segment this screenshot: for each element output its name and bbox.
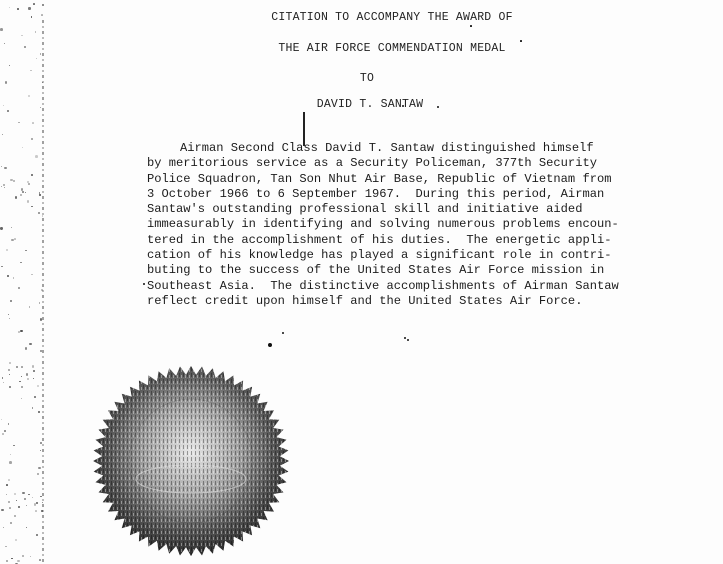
- scan-speck: [9, 374, 10, 375]
- scan-speck: [14, 238, 16, 240]
- scan-speck: [28, 183, 30, 185]
- scan-speck: [26, 373, 28, 375]
- scan-speck: [26, 505, 27, 506]
- scan-speck: [36, 58, 38, 60]
- scan-speck: [17, 8, 19, 10]
- scan-speck: [7, 110, 9, 112]
- scan-speck: [8, 369, 9, 370]
- scan-speck: [6, 249, 8, 251]
- scan-speck: [9, 362, 11, 364]
- scan-speck: [21, 366, 23, 368]
- scan-speck: [40, 350, 42, 352]
- scan-speck: [1, 509, 3, 511]
- scan-speck: [42, 4, 44, 6]
- scan-speck: [36, 502, 38, 504]
- scan-speck: [9, 65, 10, 66]
- scan-speck: [31, 274, 32, 275]
- scan-speck: [22, 492, 25, 495]
- scan-speck: [35, 31, 37, 33]
- citation-body: Airman Second Class David T. Santaw dist…: [147, 141, 627, 309]
- scan-speck: [3, 382, 4, 383]
- body-line: cation of his knowledge has played a sig…: [147, 248, 627, 263]
- scan-speck: [2, 134, 3, 135]
- body-line: Southeast Asia. The distinctive accompli…: [147, 279, 627, 294]
- scan-speck: [31, 138, 33, 140]
- scan-speck: [15, 539, 17, 541]
- scan-speck: [1, 419, 2, 420]
- scan-speck: [33, 3, 35, 5]
- scan-speck: [32, 122, 34, 124]
- scan-speck: [1, 186, 3, 188]
- scan-speck: [31, 206, 33, 208]
- scan-speck: [25, 250, 27, 252]
- scan-speck: [32, 365, 34, 367]
- scan-speck: [5, 546, 6, 547]
- scan-speck: [36, 534, 38, 536]
- scan-speck: [34, 396, 36, 398]
- scan-speck: [27, 378, 29, 380]
- scan-speck: [18, 122, 20, 124]
- embossed-starburst-seal-icon: [86, 361, 296, 561]
- scan-speck: [21, 35, 22, 36]
- scan-speck: [24, 498, 26, 500]
- scan-speck: [31, 174, 33, 176]
- scan-speck: [4, 430, 6, 432]
- scan-speck: [39, 194, 40, 195]
- scan-speck: [9, 507, 11, 509]
- body-line: reflect credit upon himself and the Unit…: [147, 294, 627, 309]
- scan-speck: [10, 300, 12, 302]
- scan-speck: [39, 559, 41, 561]
- scan-speck: [15, 196, 18, 199]
- scan-speck: [24, 46, 26, 48]
- scan-speck: [14, 515, 16, 517]
- scan-speck: [407, 339, 409, 341]
- scan-margin-artifact: [42, 20, 44, 564]
- body-line: Police Squadron, Tan Son Nhut Air Base, …: [147, 172, 627, 187]
- scan-speck: [41, 289, 43, 291]
- scan-speck: [268, 343, 272, 347]
- scanned-document-page: CITATION TO ACCOMPANY THE AWARD OF THE A…: [0, 0, 723, 564]
- scan-speck: [0, 28, 3, 31]
- scan-speck: [37, 473, 39, 475]
- scan-speck: [37, 385, 39, 387]
- scan-speck: [11, 227, 12, 228]
- scan-speck: [404, 337, 406, 339]
- scan-speck: [29, 343, 31, 345]
- scan-speck: [25, 192, 27, 194]
- scan-speck: [40, 318, 42, 320]
- scan-speck: [22, 555, 24, 557]
- scan-speck: [32, 497, 33, 498]
- scan-speck: [520, 40, 522, 42]
- scan-speck: [10, 454, 11, 455]
- scan-speck: [38, 411, 40, 413]
- body-line: Santaw's outstanding professional skill …: [147, 202, 627, 217]
- citation-to-label: TO: [360, 72, 374, 85]
- citation-title-line-2: THE AIR FORCE COMMENDATION MEDAL: [278, 42, 505, 55]
- scan-speck: [28, 494, 30, 496]
- scan-speck: [26, 527, 28, 529]
- scan-speck: [41, 14, 43, 16]
- scan-speck: [437, 106, 439, 108]
- body-line: buting to the success of the United Stat…: [147, 263, 627, 278]
- scan-speck: [9, 386, 11, 388]
- scan-speck: [2, 377, 4, 379]
- scan-speck: [8, 314, 9, 315]
- scan-speck: [4, 167, 6, 169]
- scan-speck: [40, 442, 42, 444]
- scan-speck: [9, 7, 10, 8]
- scan-speck: [35, 155, 38, 158]
- scan-speck: [8, 423, 10, 425]
- recipient-name: DAVID T. SANTAW: [317, 98, 424, 111]
- scan-speck: [2, 433, 4, 435]
- scan-speck: [143, 283, 145, 285]
- scan-speck: [1, 266, 3, 268]
- scan-speck: [32, 407, 33, 408]
- scan-speck: [6, 494, 7, 495]
- scan-speck: [9, 318, 10, 319]
- scan-speck: [18, 287, 20, 289]
- scan-speck: [18, 506, 20, 508]
- scan-speck: [3, 105, 4, 106]
- body-line: 3 October 1966 to 6 September 1967. Duri…: [147, 187, 627, 202]
- body-line: tered in the accomplishment of his dutie…: [147, 233, 627, 248]
- body-line: Airman Second Class David T. Santaw dist…: [147, 141, 627, 156]
- scan-speck: [16, 366, 18, 368]
- scan-speck: [35, 510, 37, 512]
- scan-speck: [14, 493, 16, 495]
- scan-speck: [25, 347, 27, 349]
- scan-speck: [21, 376, 22, 377]
- scan-speck: [9, 461, 12, 464]
- scan-speck: [16, 500, 17, 501]
- scan-speck: [13, 180, 15, 182]
- scan-speck: [4, 187, 5, 188]
- scan-speck: [20, 330, 22, 332]
- scan-speck: [470, 25, 472, 27]
- scan-speck: [13, 277, 14, 278]
- body-line: by meritorious service as a Security Pol…: [147, 156, 627, 171]
- body-line: immeasurably in identifying and solving …: [147, 217, 627, 232]
- scan-speck: [38, 467, 40, 469]
- scan-speck: [3, 184, 4, 185]
- scan-speck: [3, 527, 4, 528]
- scan-speck: [5, 81, 7, 83]
- scan-speck: [6, 560, 8, 562]
- scan-speck: [28, 95, 30, 97]
- scan-speck: [22, 191, 24, 193]
- scan-speck: [38, 212, 40, 214]
- scan-speck: [21, 386, 23, 388]
- scan-speck: [28, 7, 30, 9]
- scan-speck: [29, 306, 30, 307]
- scan-speck: [11, 558, 13, 560]
- scan-speck: [42, 82, 43, 83]
- scan-speck: [20, 194, 22, 196]
- scan-speck: [27, 200, 30, 203]
- scan-speck: [20, 262, 21, 263]
- scan-speck: [39, 302, 41, 304]
- scan-speck: [40, 107, 42, 109]
- scan-speck: [13, 445, 14, 446]
- scan-speck: [1, 166, 2, 167]
- scan-speck: [282, 332, 284, 334]
- scan-speck: [7, 275, 9, 277]
- scan-speck: [33, 370, 35, 372]
- scan-speck: [22, 147, 23, 148]
- scan-speck: [33, 378, 34, 379]
- citation-title-line-1: CITATION TO ACCOMPANY THE AWARD OF: [271, 11, 512, 24]
- scan-speck: [40, 450, 41, 451]
- scan-speck: [21, 398, 23, 400]
- scan-speck: [0, 227, 2, 229]
- scan-speck: [4, 43, 5, 44]
- scan-speck: [31, 16, 32, 17]
- scan-speck: [17, 560, 19, 562]
- scan-speck: [30, 70, 32, 72]
- scan-speck: [19, 381, 20, 382]
- scan-speck: [8, 501, 10, 503]
- scan-speck: [8, 479, 10, 481]
- scan-speck: [10, 179, 12, 181]
- scan-speck: [30, 556, 31, 557]
- scan-speck: [10, 522, 12, 524]
- scan-speck: [6, 484, 8, 486]
